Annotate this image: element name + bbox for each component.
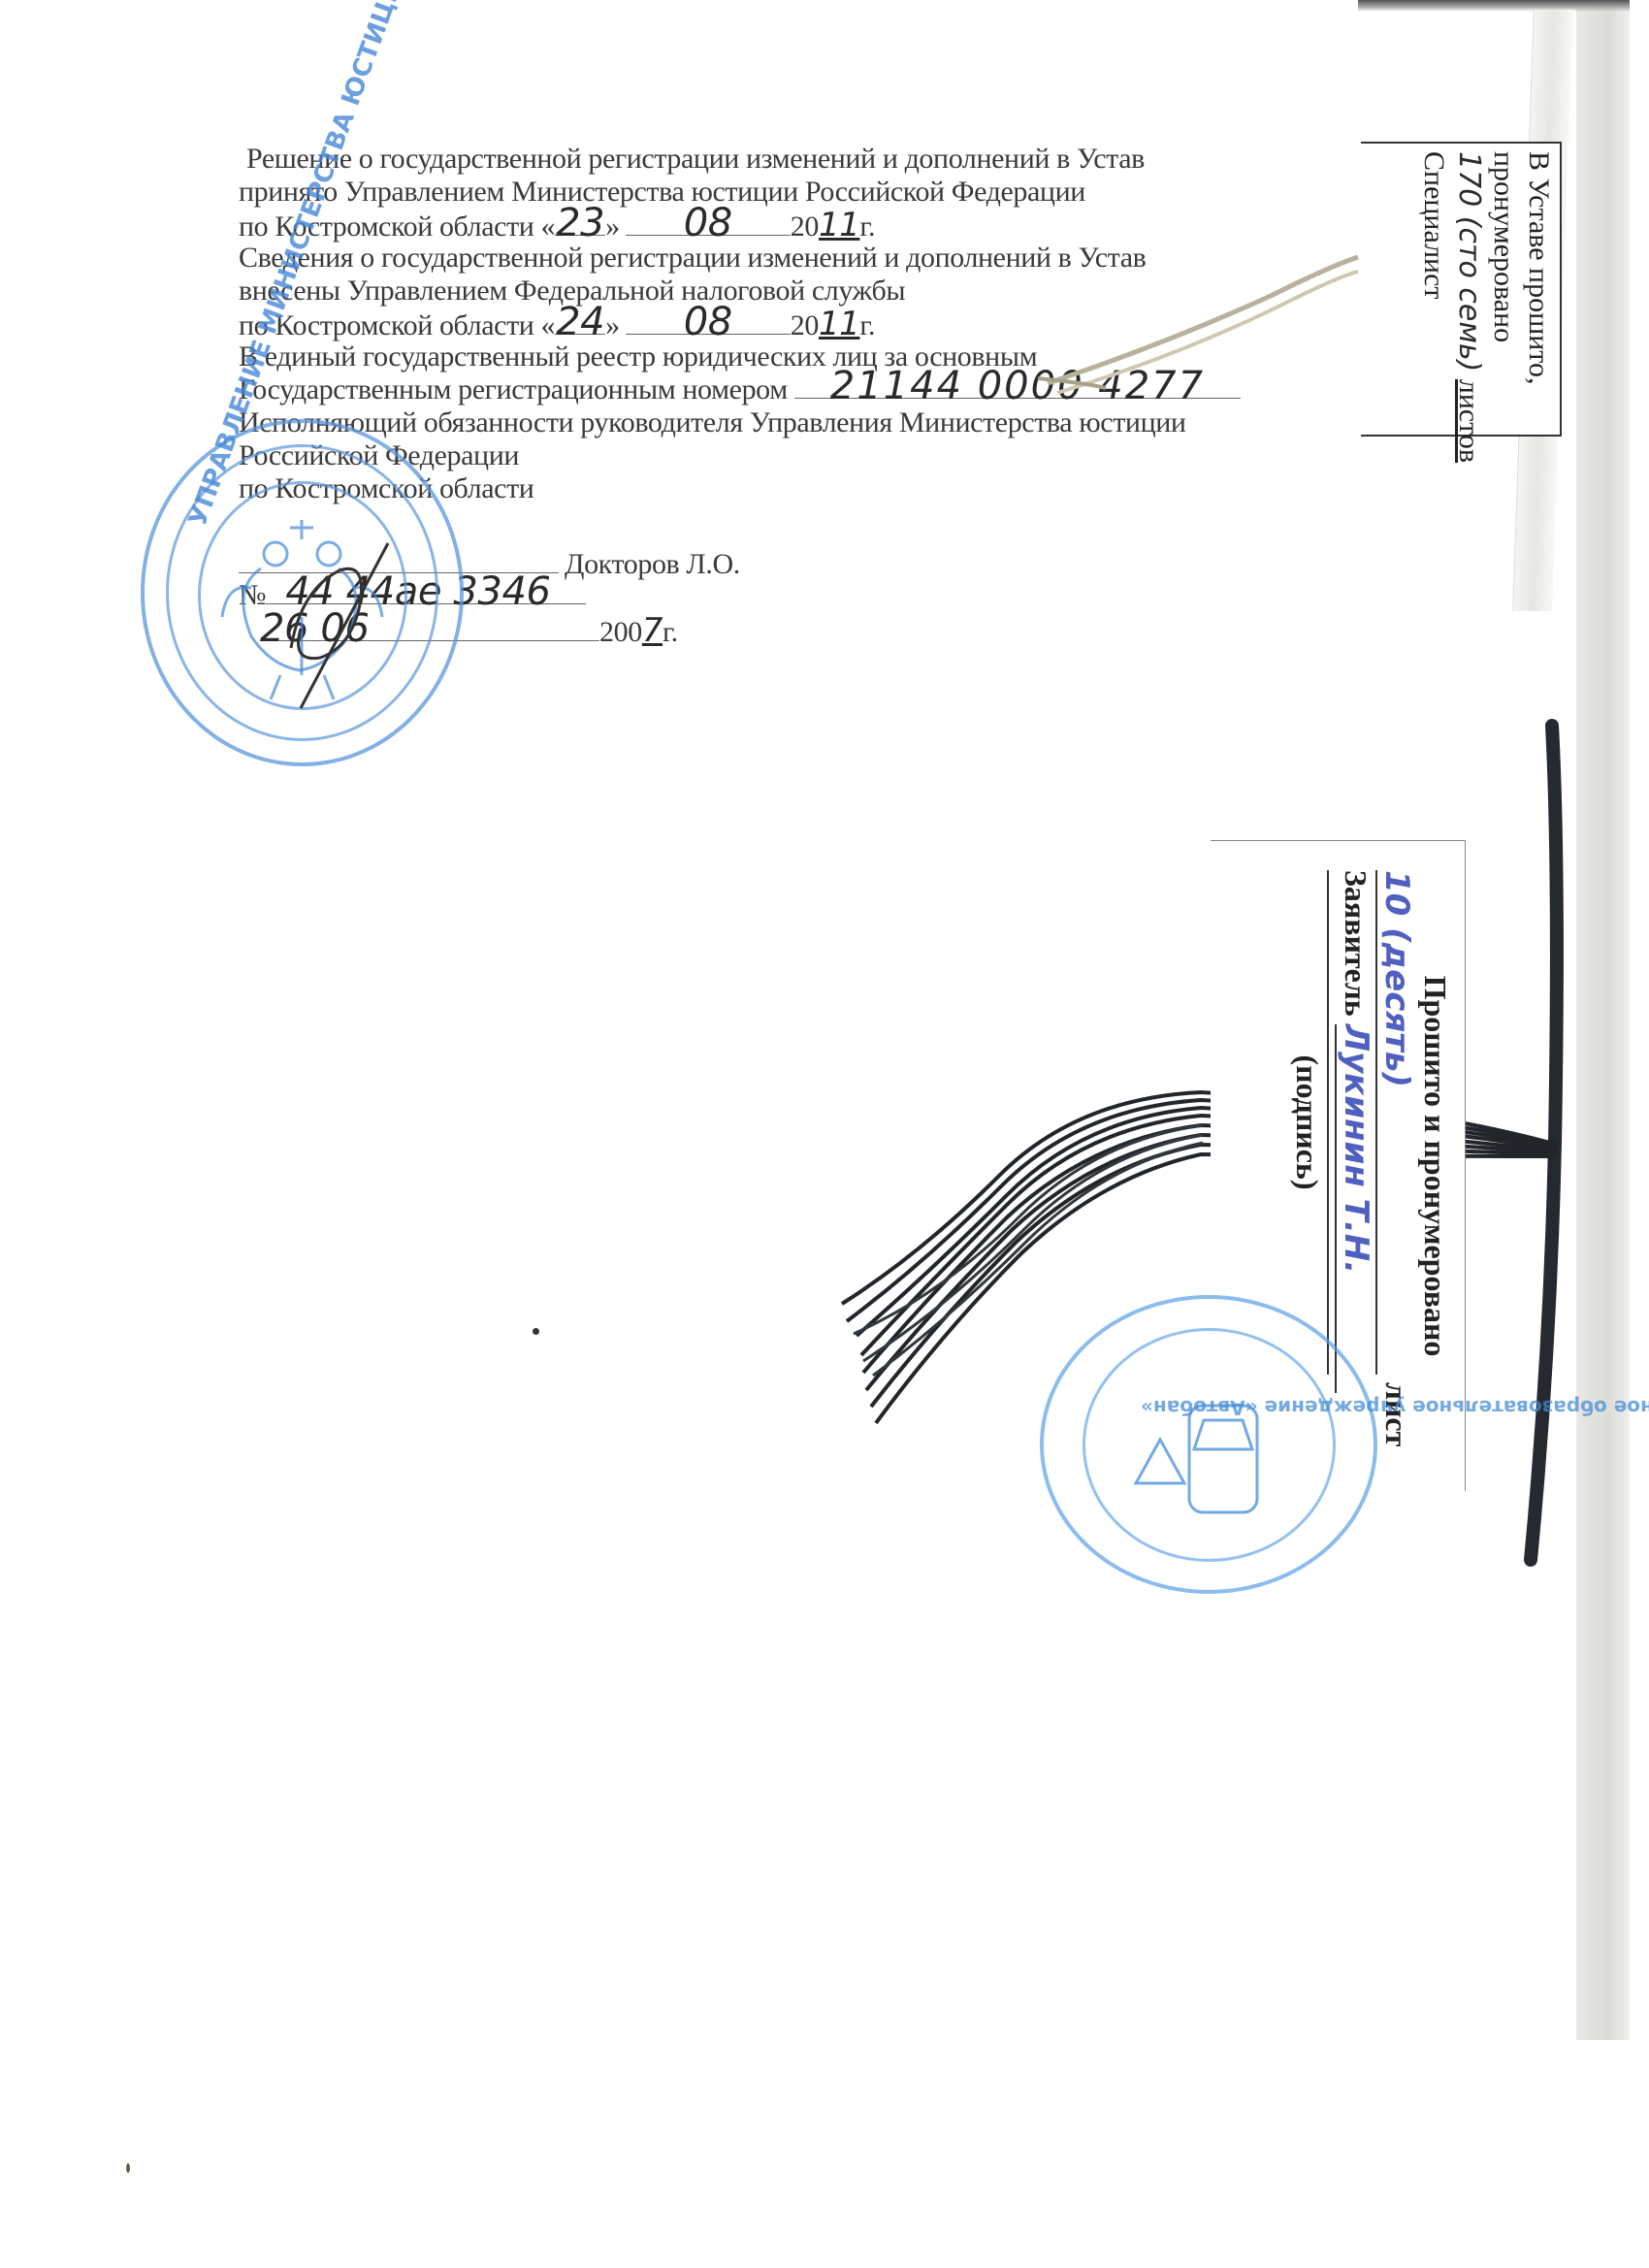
label-title: Прошито и пронумеровано — [1416, 870, 1455, 1462]
date-line-tax: по Костромской области «24»082011г. — [239, 310, 1364, 338]
label-count-line: 10 (десять) — [1375, 870, 1416, 1375]
text-line: принято Управлением Министерства юстиции… — [239, 178, 1364, 206]
count-handwritten: 170 (сто семь) — [1452, 151, 1486, 372]
page-edge-top — [1358, 0, 1630, 12]
month-field: 08 — [626, 235, 791, 236]
day-field: 23 — [555, 235, 605, 236]
year-handwritten: 7 — [642, 611, 663, 650]
page-edge-shadow — [1576, 0, 1630, 2040]
signer-label: Специалист — [1416, 151, 1451, 427]
car-icon — [1044, 1299, 1374, 1590]
official-stamp-autobahn: Частное образовательное учреждение «Авто… — [1040, 1295, 1377, 1594]
year-handwritten: 11 — [819, 305, 859, 343]
label-line: пронумеровано — [1486, 151, 1521, 427]
date-line-justice: по Костромской области «23»082011г. — [239, 211, 1364, 239]
label-rotated-content: В Уставе прошито, пронумеровано 170 (сто… — [1361, 144, 1560, 435]
label-line: В Уставе прошито, — [1521, 151, 1556, 427]
ogrn-line: Государственным регистрационным номером … — [239, 376, 1364, 404]
official-stamp-justice: УПРАВЛЕНИЕ МИНИСТЕРСТВА ЮСТИЦИИ РОССИЙСК… — [141, 419, 464, 766]
count-handwritten: 10 (десять) — [1377, 870, 1416, 1087]
ogrn-field: 21144 0000 4277 — [794, 398, 1241, 399]
label-count-line: 170 (сто семь) листов — [1451, 151, 1486, 427]
stitched-count-label-charter: В Уставе прошито, пронумеровано 170 (сто… — [1361, 142, 1562, 437]
year-handwritten: 11 — [819, 206, 859, 244]
eagle-emblem-icon — [145, 423, 460, 762]
ink-speck — [533, 1328, 539, 1335]
text-line: внесены Управлением Федеральной налогово… — [239, 277, 1364, 305]
day-field: 24 — [555, 334, 605, 335]
count-suffix: листов — [1453, 379, 1485, 463]
ink-speck — [126, 2163, 130, 2173]
month-field: 08 — [626, 334, 791, 335]
applicant-label: Заявитель — [1339, 870, 1374, 1017]
text-line: Сведения о государственной регистрации и… — [239, 244, 1364, 272]
text-line: Решение о государственной регистрации из… — [239, 146, 1364, 173]
